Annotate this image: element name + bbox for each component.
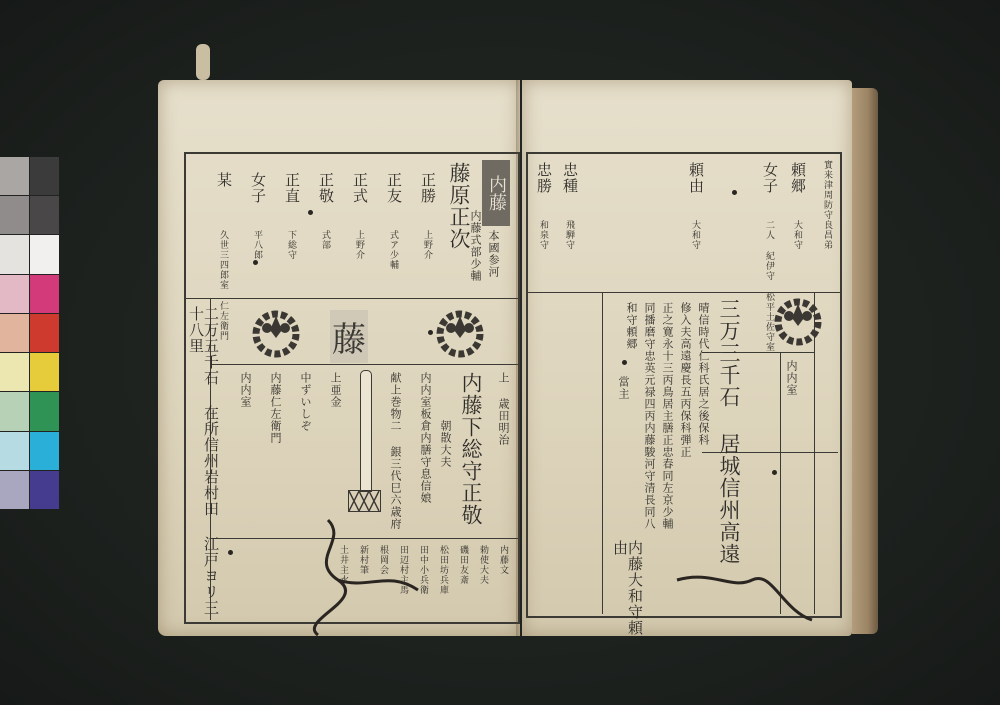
genealogy-name: 正直 <box>284 172 299 204</box>
domain-history-line: 正之寛永十三丙鳥居主膳正忠春同左京少輔 <box>662 302 673 602</box>
color-swatch <box>0 353 29 391</box>
domain-info-column: 三万三千石 居城信州高遠 <box>718 298 739 565</box>
worm-damage <box>268 500 428 644</box>
color-swatch <box>30 235 59 273</box>
domain-history-line: 修入夫高遠慶長五丙保科弾正 <box>680 302 691 602</box>
retainer-name: 磯田友斎 <box>458 545 467 585</box>
left-page: 内藤 本國参河 藤原正次 内藤式部少輔 正勝上野介正友式ア少輔正式上野介正敬式部… <box>158 80 520 636</box>
color-swatch <box>30 392 59 430</box>
lord-note: 内藤仁左衛門 <box>270 372 281 444</box>
divider <box>184 298 518 299</box>
genealogy-title: 和泉守 <box>538 220 547 250</box>
genealogy-header-note: 實来津周防守良昌弟 <box>822 160 831 290</box>
genealogy-name: 某 <box>216 172 231 188</box>
wisteria-crest-icon <box>434 308 486 364</box>
lord-note: 上亜金 <box>330 372 341 408</box>
retainer-name: 松田坊兵庫 <box>438 545 447 595</box>
genealogy-title: 大和守 <box>792 220 801 250</box>
color-swatch <box>0 314 29 352</box>
genealogy-title: 平八郎 <box>252 230 261 260</box>
open-book: 内藤 本國参河 藤原正次 内藤式部少輔 正勝上野介正友式ア少輔正式上野介正敬式部… <box>158 80 880 640</box>
lord-note: 中ずいしぞ <box>300 372 311 432</box>
wisteria-crest-icon <box>250 308 302 364</box>
right-page: 實来津周防守良昌弟 忠勝和泉守忠種飛騨守頼由大和守頼郷大和守女子二人 紀伊守 松… <box>522 80 852 636</box>
divider <box>602 292 603 614</box>
color-swatch <box>30 353 59 391</box>
color-swatch <box>0 235 29 273</box>
crest-title: 藤 <box>330 310 368 363</box>
retainer-name: 内藤文 <box>498 545 507 575</box>
color-swatch <box>30 275 59 313</box>
genealogy-head-title: 内藤式部少輔 <box>470 210 481 282</box>
genealogy-name: 忠種 <box>562 162 577 194</box>
current-lord-label: 當主 <box>618 376 629 400</box>
clan-tab-label: 内藤 <box>482 160 510 226</box>
lord-rank: 朝散大夫 <box>440 420 451 468</box>
lord-name: 内藤大和守頼由 <box>612 540 642 636</box>
color-swatch <box>0 157 29 195</box>
genealogy-title: 下総守 <box>286 230 295 260</box>
divider <box>210 364 518 365</box>
color-swatch <box>30 432 59 470</box>
color-swatch <box>0 275 29 313</box>
page-block-edge <box>852 88 878 634</box>
genealogy-title: 式ア少輔 <box>388 230 397 270</box>
genealogy-name: 正式 <box>352 172 367 204</box>
color-swatch <box>0 196 29 234</box>
genealogy-title: 大和守 <box>690 220 699 250</box>
domain-history-line: 同播磨守忠英元禄四丙内藤駿河守清長同八 <box>644 302 655 602</box>
worm-damage <box>672 560 822 644</box>
color-calibration-chart <box>0 157 58 509</box>
color-swatch <box>0 392 29 430</box>
domain-info-column: 二万五千石 在所信州岩村田 江戸ヨリ三十八里 <box>188 306 218 618</box>
domain-history-line: 晴信時代仁科氏居之後保科 <box>698 302 709 602</box>
genealogy-name: 女子 <box>762 162 777 194</box>
divider <box>526 292 840 293</box>
spear-icon <box>360 370 372 492</box>
genealogy-name: 正友 <box>386 172 401 204</box>
genealogy-name: 頼郷 <box>790 162 805 194</box>
genealogy-name: 正勝 <box>420 172 435 204</box>
wisteria-crest-icon <box>772 296 824 352</box>
color-swatch <box>30 471 59 509</box>
lord-note: 内内室 <box>240 372 251 408</box>
genealogy-name: 忠勝 <box>536 162 551 194</box>
binding-string <box>196 44 210 80</box>
genealogy-name: 女子 <box>250 172 265 204</box>
color-swatch <box>30 157 59 195</box>
color-swatch <box>30 314 59 352</box>
color-swatch <box>30 196 59 234</box>
color-swatch <box>0 471 29 509</box>
color-swatch <box>0 432 29 470</box>
clan-origin: 本國参河 <box>488 230 499 278</box>
genealogy-title: 上野介 <box>354 230 363 260</box>
lord-header: 上 歳田明治 <box>498 372 509 446</box>
inner-wife-label: 内内室 <box>786 360 797 396</box>
genealogy-title: 飛騨守 <box>564 220 573 250</box>
retainer-name: 勅使大夫 <box>478 545 487 585</box>
genealogy-title: 式部 <box>320 230 329 250</box>
lord-name: 内藤下総守正敬 <box>460 372 481 526</box>
lord-note: 内内室板倉内膳守息信娘 <box>420 372 431 504</box>
genealogy-title: 上野介 <box>422 230 431 260</box>
genealogy-name: 正敬 <box>318 172 333 204</box>
genealogy-name: 頼由 <box>688 162 703 194</box>
genealogy-head: 藤原正次 <box>448 162 469 250</box>
